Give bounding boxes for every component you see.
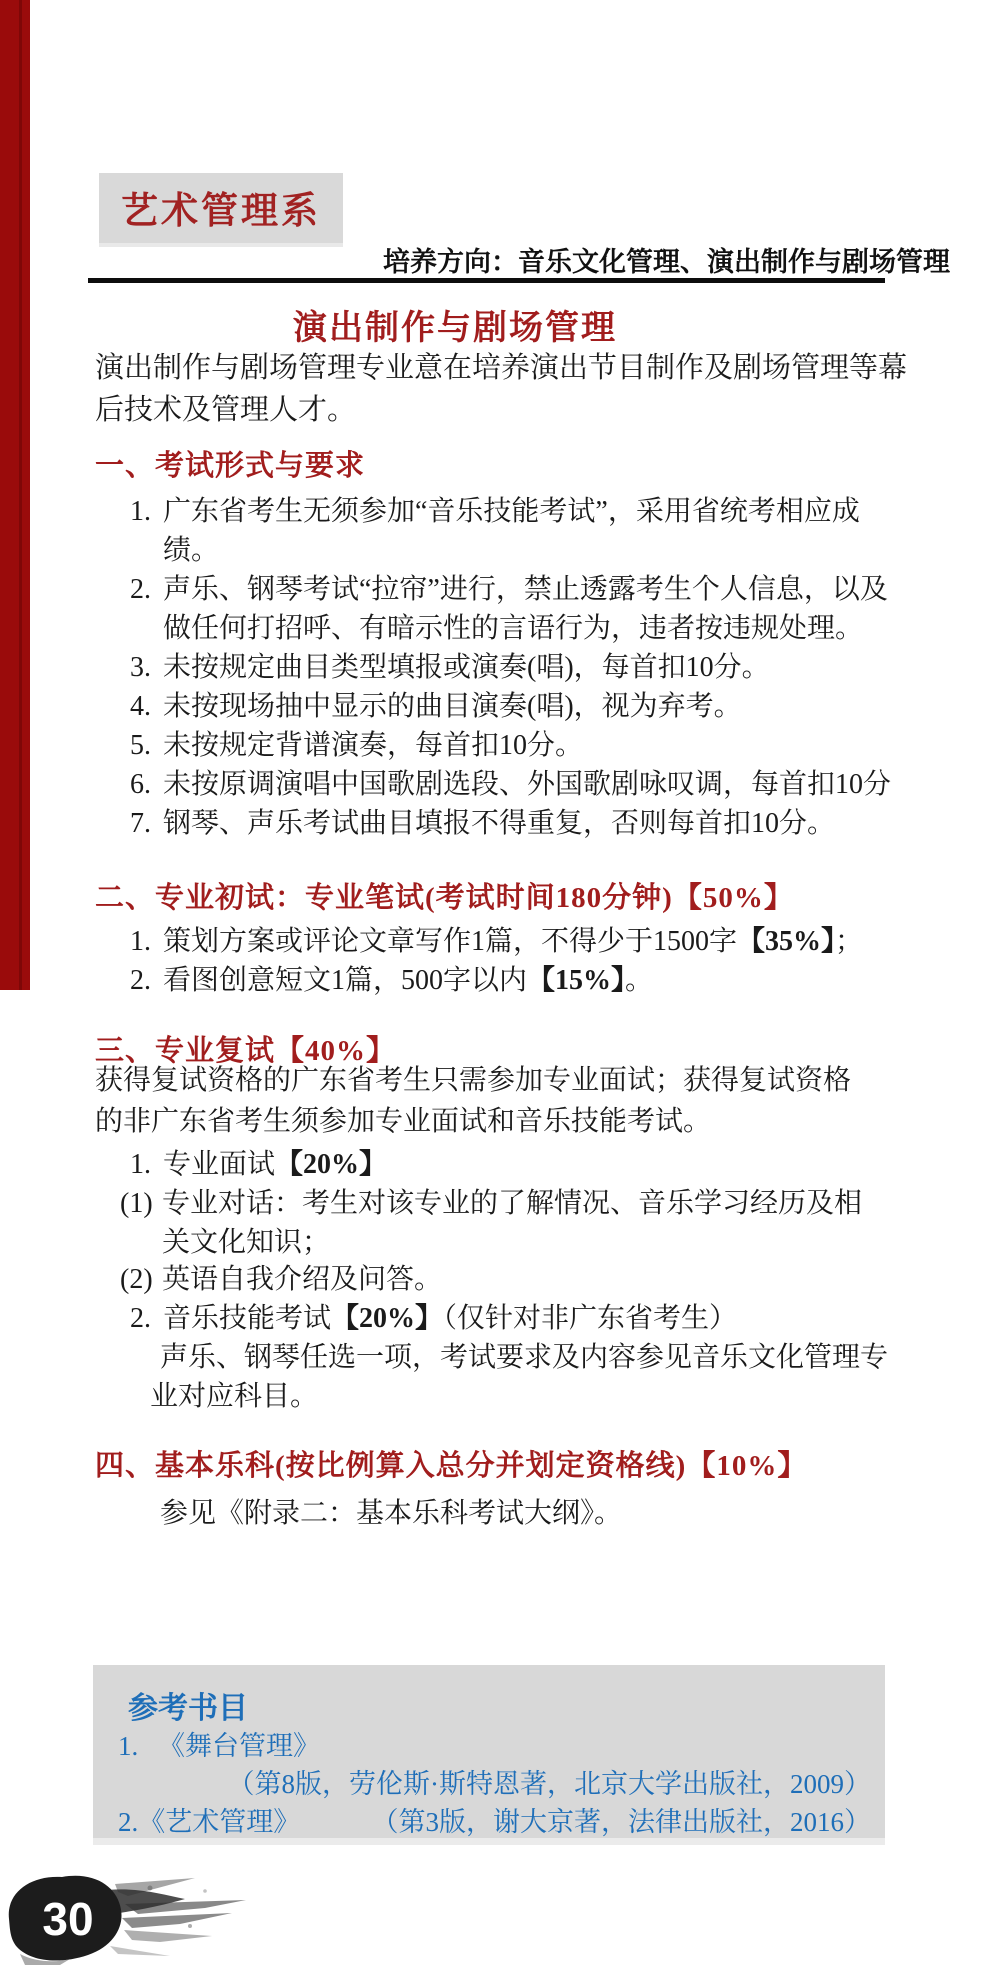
item-text: 专业面试【20%】 xyxy=(163,1145,943,1184)
item-marker: 5. xyxy=(130,726,163,765)
list-item: 2. 音乐技能考试【20%】（仅针对非广东省考生） xyxy=(130,1299,943,1338)
item-marker: 3. xyxy=(130,648,163,687)
list-item: 7. 钢琴、声乐考试曲目填报不得重复，否则每首扣10分。 xyxy=(130,804,903,843)
item-marker: 6. xyxy=(130,765,163,804)
list-item: 1. 策划方案或评论文章写作1篇，不得少于1500字【35%】； xyxy=(130,922,943,961)
sidebar-red-band xyxy=(0,0,30,990)
section4-heading: 四、基本乐科(按比例算入总分并划定资格线)【10%】 xyxy=(95,1443,807,1484)
sub-list-item: (2) 英语自我介绍及问答。 xyxy=(120,1260,877,1299)
section2-list: 1. 策划方案或评论文章写作1篇，不得少于1500字【35%】； 2. 看图创意… xyxy=(130,922,943,1000)
reference-item: 1. 《舞台管理》 xyxy=(118,1727,877,1765)
item-marker: (2) xyxy=(120,1260,162,1299)
section1-heading: 一、考试形式与要求 xyxy=(95,443,365,484)
item-text-before: 专业面试 xyxy=(163,1149,275,1180)
item-text: 未按原调演唱中国歌剧选段、外国歌剧咏叹调，每首扣10分 xyxy=(163,765,903,804)
item-text: 策划方案或评论文章写作1篇，不得少于1500字【35%】； xyxy=(163,922,943,961)
reference-title: 《舞台管理》 xyxy=(158,1727,320,1765)
item-text-after: 。 xyxy=(625,965,653,996)
page-title: 演出制作与剧场管理 xyxy=(88,300,822,349)
reference-detail: （第3版，谢大京著，法律出版社，2016） xyxy=(372,1803,872,1841)
item-marker: 1. xyxy=(130,1145,163,1184)
item-text: 音乐技能考试【20%】（仅针对非广东省考生） xyxy=(163,1299,943,1338)
reference-title-wrap: 2.《艺术管理》 xyxy=(118,1803,300,1841)
page-number: 30 xyxy=(33,1892,103,1946)
list-item: 5. 未按规定背谱演奏，每首扣10分。 xyxy=(130,726,903,765)
reference-item: 2.《艺术管理》 （第3版，谢大京著，法律出版社，2016） xyxy=(118,1803,877,1841)
item-marker: 7. xyxy=(130,804,163,843)
item-text: 看图创意短文1篇，500字以内【15%】。 xyxy=(163,961,943,1000)
item-text-before: 策划方案或评论文章写作1篇，不得少于1500字 xyxy=(163,926,737,957)
section3-intro: 获得复试资格的广东省考生只需参加专业面试；获得复试资格的非广东省考生须参加专业面… xyxy=(95,1060,865,1142)
direction-line: 培养方向：音乐文化管理、演出制作与剧场管理 xyxy=(88,240,950,279)
item-text: 未按规定背谱演奏，每首扣10分。 xyxy=(163,726,903,765)
list-item: 1. 专业面试【20%】 xyxy=(130,1145,943,1184)
item-text-before: 音乐技能考试 xyxy=(163,1303,331,1334)
item-text: 声乐、钢琴考试“拉帘”进行，禁止透露考生个人信息，以及做任何打招呼、有暗示性的言… xyxy=(163,570,903,648)
item-marker: 2. xyxy=(130,1299,163,1338)
section3-item2-note: 声乐、钢琴任选一项，考试要求及内容参见音乐文化管理专业对应科目。 xyxy=(150,1338,900,1416)
weight-badge: 【20%】 xyxy=(275,1149,387,1180)
references-heading: 参考书目 xyxy=(118,1683,877,1727)
department-label: 艺术管理系 xyxy=(121,191,321,232)
list-item: 1. 广东省考生无须参加“音乐技能考试”，采用省统考相应成绩。 xyxy=(130,492,903,570)
intro-paragraph: 演出制作与剧场管理专业意在培养演出节目制作及剧场管理等幕后技术及管理人才。 xyxy=(95,347,925,431)
section1-list: 1. 广东省考生无须参加“音乐技能考试”，采用省统考相应成绩。 2. 声乐、钢琴… xyxy=(130,492,903,843)
section2-heading: 二、专业初试：专业笔试(考试时间180分钟)【50%】 xyxy=(95,875,794,916)
item-text: 广东省考生无须参加“音乐技能考试”，采用省统考相应成绩。 xyxy=(163,492,903,570)
list-item: 6. 未按原调演唱中国歌剧选段、外国歌剧咏叹调，每首扣10分 xyxy=(130,765,903,804)
reference-title: 《艺术管理》 xyxy=(138,1807,300,1837)
sub-list-item: (1) 专业对话：考生对该专业的了解情况、音乐学习经历及相关文化知识； xyxy=(120,1184,877,1262)
item-text-before: 看图创意短文1篇，500字以内 xyxy=(163,965,527,996)
weight-badge: 【35%】 xyxy=(737,926,835,957)
header-divider-rule xyxy=(88,278,885,283)
item-marker: 4. xyxy=(130,687,163,726)
item-text: 未按现场抽中显示的曲目演奏(唱)，视为弃考。 xyxy=(163,687,903,726)
references-box: 参考书目 1. 《舞台管理》 （第8版，劳伦斯·斯特恩著，北京大学出版社，200… xyxy=(93,1665,885,1845)
item-marker: (1) xyxy=(120,1184,162,1223)
item-marker: 1. xyxy=(118,1727,158,1765)
reference-detail: （第8版，劳伦斯·斯特恩著，北京大学出版社，2009） xyxy=(118,1765,877,1803)
item-text-after: ； xyxy=(835,926,863,957)
item-text-after: （仅针对非广东省考生） xyxy=(443,1303,737,1334)
item-marker: 2. xyxy=(118,1803,138,1841)
item-text: 未按规定曲目类型填报或演奏(唱)，每首扣10分。 xyxy=(163,648,903,687)
document-page: 艺术管理系 培养方向：音乐文化管理、演出制作与剧场管理 演出制作与剧场管理 演出… xyxy=(0,0,982,1965)
list-item: 3. 未按规定曲目类型填报或演奏(唱)，每首扣10分。 xyxy=(130,648,903,687)
weight-badge: 【20%】 xyxy=(331,1303,443,1334)
item-text: 专业对话：考生对该专业的了解情况、音乐学习经历及相关文化知识； xyxy=(162,1184,877,1262)
item-marker: 1. xyxy=(130,492,163,531)
item-marker: 1. xyxy=(130,922,163,961)
list-item: 2. 声乐、钢琴考试“拉帘”进行，禁止透露考生个人信息，以及做任何打招呼、有暗示… xyxy=(130,570,903,648)
section4-note: 参见《附录二：基本乐科考试大纲》。 xyxy=(160,1491,622,1531)
item-text: 钢琴、声乐考试曲目填报不得重复，否则每首扣10分。 xyxy=(163,804,903,843)
item-marker: 2. xyxy=(130,961,163,1000)
weight-badge: 【15%】 xyxy=(527,965,625,996)
item-text: 英语自我介绍及问答。 xyxy=(162,1260,877,1299)
list-item: 2. 看图创意短文1篇，500字以内【15%】。 xyxy=(130,961,943,1000)
department-label-box: 艺术管理系 xyxy=(99,173,343,247)
item-marker: 2. xyxy=(130,570,163,609)
list-item: 4. 未按现场抽中显示的曲目演奏(唱)，视为弃考。 xyxy=(130,687,903,726)
